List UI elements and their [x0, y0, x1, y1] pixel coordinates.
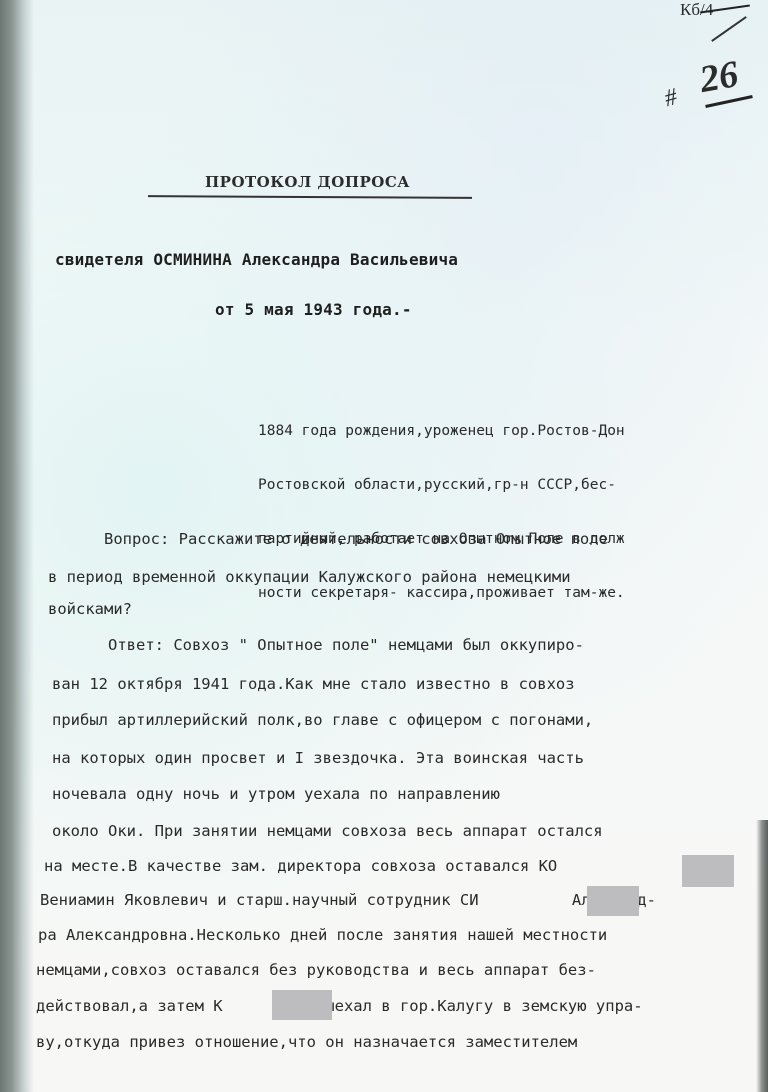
question-line: Вопрос: Расскажите о деятельности совхоз… — [48, 530, 608, 548]
witness-line: свидетеля ОСМИНИНА Александра Васильевич… — [55, 250, 458, 269]
document-title: ПРОТОКОЛ ДОПРОСА — [205, 173, 410, 191]
answer-line: Вениамин Яковлевич и старш.научный сотру… — [40, 891, 656, 909]
sheet-number: 26 — [696, 52, 741, 102]
answer-line: около Оки. При занятии немцами совхоза в… — [52, 822, 603, 840]
bio-line: 1884 года рождения,уроженец гор.Ростов-Д… — [258, 422, 763, 440]
redaction-box — [682, 855, 734, 887]
redaction-box — [272, 990, 332, 1020]
answer-line: ра Александровна.Несколько дней после за… — [38, 926, 607, 944]
answer-line: прибыл артиллерийский полк,во главе с оф… — [52, 711, 593, 729]
scan-shadow-left — [0, 0, 34, 1092]
bio-line: ности секретаря- кассира,проживает там-ж… — [258, 584, 763, 602]
question-line: в период временной оккупации Калужского … — [48, 568, 571, 586]
archive-code-prefix: К — [680, 0, 691, 19]
answer-line: ночевала одну ночь и утром уехала по нап… — [52, 785, 500, 803]
answer-line: действовал,а затем К выехал в гор.Калугу… — [36, 997, 643, 1015]
question-line: войсками? — [48, 600, 132, 618]
answer-line: ву,откуда привез отношение,что он назнач… — [36, 1033, 577, 1051]
scan-shadow-right — [756, 820, 768, 1092]
bio-line: Ростовской области,русский,гр-н СССР,бес… — [258, 476, 763, 494]
document-date: от 5 мая 1943 года.- — [215, 300, 412, 319]
redaction-box — [587, 886, 639, 916]
answer-line: Ответ: Совхоз " Опытное поле" немцами бы… — [52, 636, 584, 654]
answer-line: ван 12 октября 1941 года.Как мне стало и… — [52, 675, 575, 693]
answer-line: на которых один просвет и I звездочка. Э… — [52, 749, 584, 767]
answer-line: на месте.В качестве зам. директора совхо… — [44, 857, 557, 875]
answer-line: немцами,совхоз оставался без руководства… — [36, 961, 596, 979]
